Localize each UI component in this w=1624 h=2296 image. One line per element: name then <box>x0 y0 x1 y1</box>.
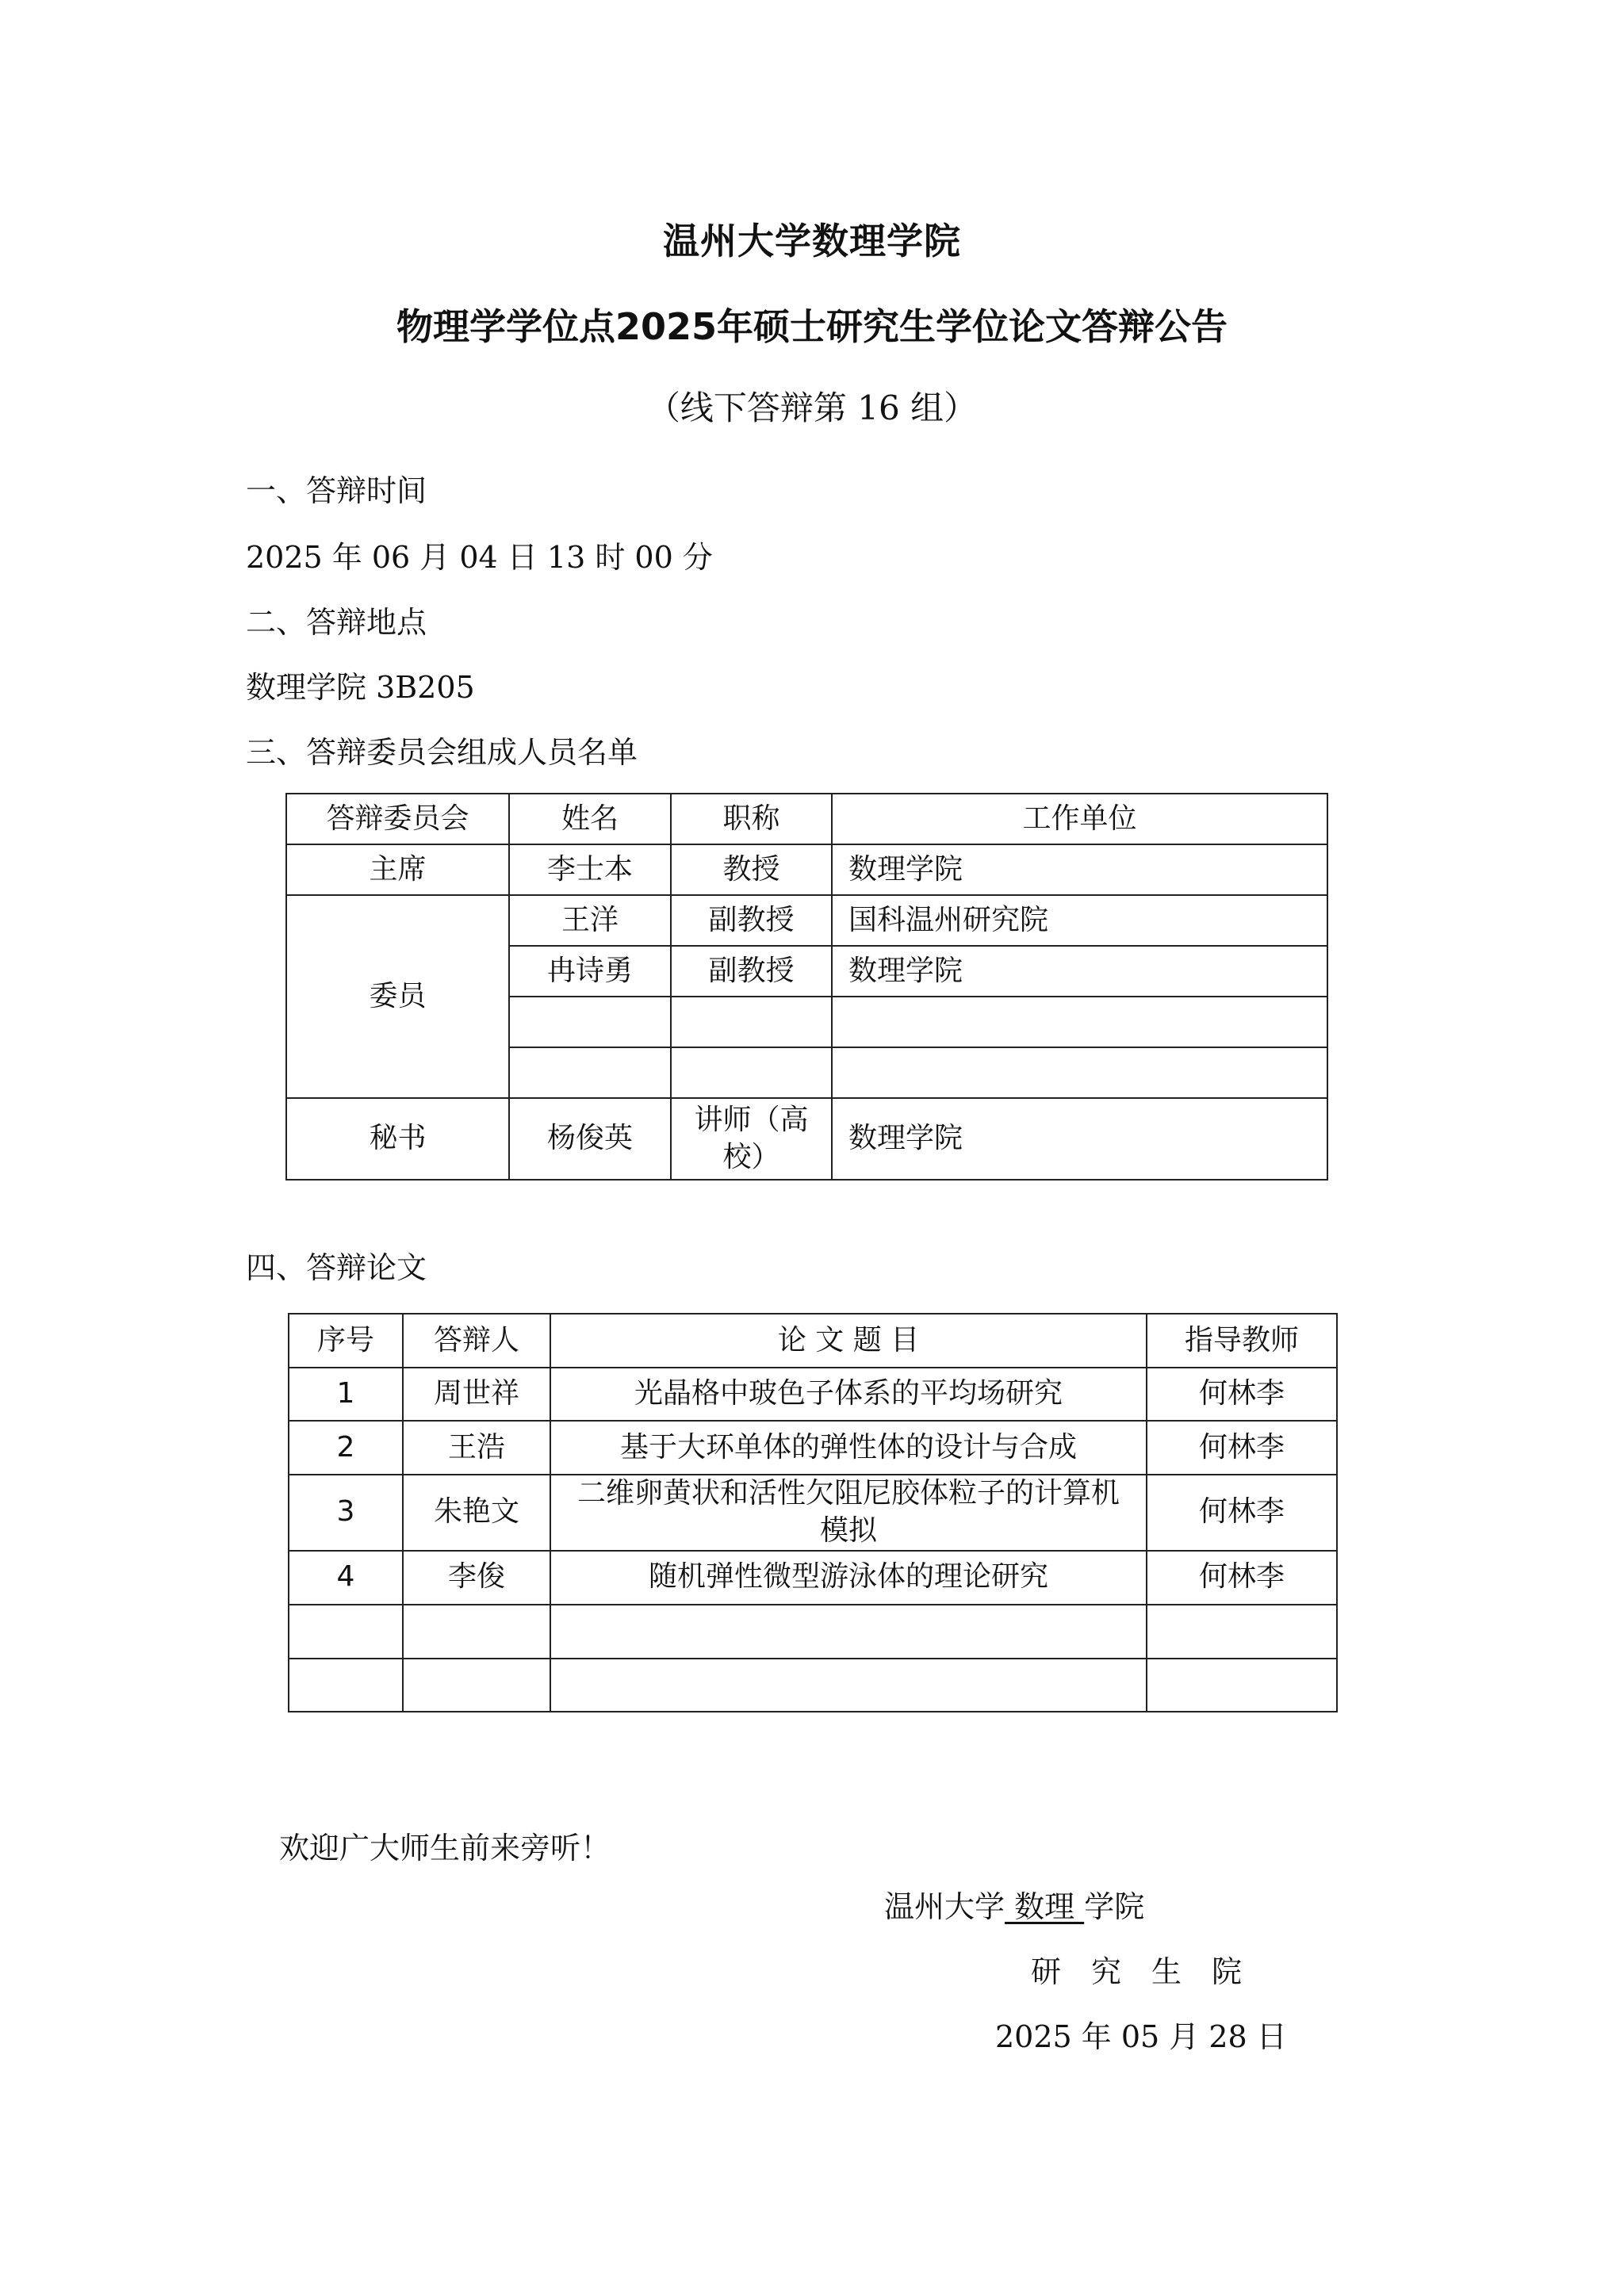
thesis-row: 1 周世祥 光晶格中玻色子体系的平均场研究 何林李 <box>289 1368 1337 1421</box>
header-no: 序号 <box>289 1314 403 1368</box>
thesis-no: 3 <box>289 1475 403 1551</box>
chair-title: 教授 <box>671 844 832 895</box>
member-unit: 数理学院 <box>832 946 1327 997</box>
member-unit <box>832 1047 1327 1098</box>
member-name: 冉诗勇 <box>509 946 671 997</box>
section-place-heading: 二、答辩地点 <box>246 598 427 641</box>
thesis-student: 周世祥 <box>403 1368 550 1421</box>
signature-grad-school: 研 究 生 院 <box>1031 1947 1242 1991</box>
member-title <box>671 997 832 1047</box>
committee-header-row: 答辩委员会 姓名 职称 工作单位 <box>286 794 1327 844</box>
thesis-table: 序号 答辩人 论 文 题 目 指导教师 1 周世祥 光晶格中玻色子体系的平均场研… <box>288 1313 1338 1712</box>
chair-name: 李士本 <box>509 844 671 895</box>
signature-prefix: 温州大学 <box>884 1889 1005 1924</box>
thesis-row: 3 朱艳文 二维卵黄状和活性欠阻尼胶体粒子的计算机模拟 何林李 <box>289 1475 1337 1551</box>
defense-place: 数理学院 3B205 <box>246 663 475 706</box>
thesis-student <box>403 1659 550 1712</box>
chair-row: 主席 李士本 教授 数理学院 <box>286 844 1327 895</box>
thesis-title <box>550 1605 1147 1659</box>
thesis-no <box>289 1659 403 1712</box>
thesis-advisor <box>1147 1659 1337 1712</box>
thesis-advisor <box>1147 1605 1337 1659</box>
header-student: 答辩人 <box>403 1314 550 1368</box>
thesis-header-row: 序号 答辩人 论 文 题 目 指导教师 <box>289 1314 1337 1368</box>
member-unit <box>832 997 1327 1047</box>
section-committee-heading: 三、答辩委员会组成人员名单 <box>246 728 638 771</box>
member-title: 副教授 <box>671 946 832 997</box>
role-members: 委员 <box>286 895 509 1098</box>
member-title: 副教授 <box>671 895 832 946</box>
header-committee: 答辩委员会 <box>286 794 509 844</box>
committee-table: 答辩委员会 姓名 职称 工作单位 主席 李士本 教授 数理学院 委员 王洋 副教… <box>285 793 1328 1181</box>
thesis-no: 4 <box>289 1551 403 1605</box>
chair-unit: 数理学院 <box>832 844 1327 895</box>
member-row: 委员 王洋 副教授 国科温州研究院 <box>286 895 1327 946</box>
secretary-title: 讲师（高校） <box>671 1098 832 1180</box>
section-time-heading: 一、答辩时间 <box>246 466 427 510</box>
welcome-text: 欢迎广大师生前来旁听！ <box>279 1823 611 1867</box>
secretary-name: 杨俊英 <box>509 1098 671 1180</box>
thesis-no: 1 <box>289 1368 403 1421</box>
title-university-college: 温州大学数理学院 <box>0 212 1624 265</box>
thesis-student: 王浩 <box>403 1421 550 1475</box>
signature-date: 2025 年 05 月 28 日 <box>995 2012 1287 2056</box>
section-thesis-heading: 四、答辩论文 <box>246 1243 427 1287</box>
thesis-row-empty <box>289 1659 1337 1712</box>
member-name <box>509 997 671 1047</box>
secretary-row: 秘书 杨俊英 讲师（高校） 数理学院 <box>286 1098 1327 1180</box>
subtitle-group: （线下答辩第 16 组） <box>0 382 1624 430</box>
header-title: 职称 <box>671 794 832 844</box>
thesis-student: 朱艳文 <box>403 1475 550 1551</box>
thesis-advisor: 何林李 <box>1147 1421 1337 1475</box>
thesis-advisor: 何林李 <box>1147 1368 1337 1421</box>
header-thesis-title: 论 文 题 目 <box>550 1314 1147 1368</box>
member-unit: 国科温州研究院 <box>832 895 1327 946</box>
thesis-row: 4 李俊 随机弹性微型游泳体的理论研究 何林李 <box>289 1551 1337 1605</box>
header-unit: 工作单位 <box>832 794 1327 844</box>
thesis-advisor: 何林李 <box>1147 1551 1337 1605</box>
signature-college: 温州大学 数理 学院 <box>884 1882 1144 1926</box>
thesis-title: 二维卵黄状和活性欠阻尼胶体粒子的计算机模拟 <box>550 1475 1147 1551</box>
role-secretary: 秘书 <box>286 1098 509 1180</box>
thesis-title: 基于大环单体的弹性体的设计与合成 <box>550 1421 1147 1475</box>
title-announcement: 物理学学位点2025年硕士研究生学位论文答辩公告 <box>0 298 1624 350</box>
thesis-title: 随机弹性微型游泳体的理论研究 <box>550 1551 1147 1605</box>
thesis-row: 2 王浩 基于大环单体的弹性体的设计与合成 何林李 <box>289 1421 1337 1475</box>
member-name: 王洋 <box>509 895 671 946</box>
role-chair: 主席 <box>286 844 509 895</box>
thesis-no <box>289 1605 403 1659</box>
thesis-title: 光晶格中玻色子体系的平均场研究 <box>550 1368 1147 1421</box>
thesis-no: 2 <box>289 1421 403 1475</box>
member-name <box>509 1047 671 1098</box>
defense-time: 2025 年 06 月 04 日 13 时 00 分 <box>246 533 713 576</box>
member-title <box>671 1047 832 1098</box>
secretary-unit: 数理学院 <box>832 1098 1327 1180</box>
signature-college-name: 数理 <box>1005 1889 1084 1924</box>
thesis-advisor: 何林李 <box>1147 1475 1337 1551</box>
thesis-title <box>550 1659 1147 1712</box>
signature-suffix: 学院 <box>1084 1889 1144 1924</box>
thesis-student <box>403 1605 550 1659</box>
thesis-student: 李俊 <box>403 1551 550 1605</box>
thesis-row-empty <box>289 1605 1337 1659</box>
header-advisor: 指导教师 <box>1147 1314 1337 1368</box>
header-name: 姓名 <box>509 794 671 844</box>
